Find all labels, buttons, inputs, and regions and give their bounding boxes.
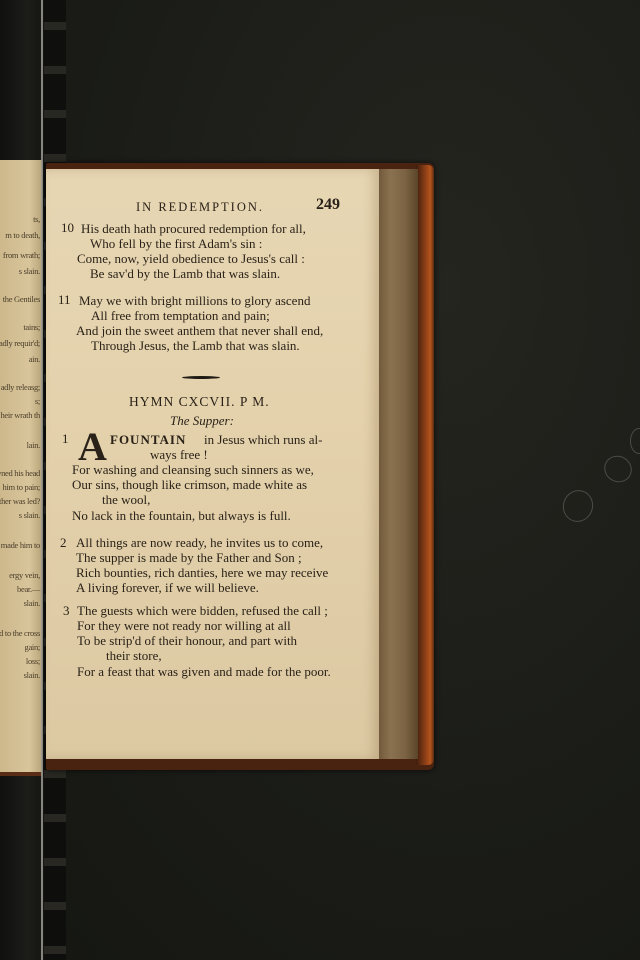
verse-line: All things are now ready, he invites us … (76, 535, 323, 550)
left-fragment-line: from wrath; (3, 250, 40, 260)
left-fragment-line: eadly requir'd; (0, 338, 40, 348)
verse-number: 1 (62, 431, 69, 447)
verse-line: His death hath procured redemption for a… (81, 221, 306, 236)
left-fragment-line: s; (35, 396, 40, 406)
verse-line: A living forever, if we will believe. (76, 580, 259, 595)
verse-line: And join the sweet anthem that never sha… (76, 323, 323, 338)
background-ring (558, 486, 597, 526)
verse-line: ways free ! (150, 447, 208, 462)
verse-line: For washing and cleansing such sinners a… (72, 462, 314, 477)
page-number: 249 (316, 196, 340, 214)
running-head: IN REDEMPTION. (136, 200, 264, 215)
verse-number: 11 (58, 292, 71, 308)
verse-line: To be strip'd of their honour, and part … (77, 633, 297, 648)
verse-line: No lack in the fountain, but always is f… (72, 508, 291, 523)
book-cover-edge (416, 165, 434, 765)
verse-line: For a feast that was given and made for … (77, 664, 331, 679)
verse-line: All free from temptation and pain; (91, 308, 270, 323)
left-fragment-line: ain. (29, 354, 40, 364)
page-fore-edge (376, 169, 418, 759)
left-fragment-line: ts, (33, 214, 40, 224)
verse-line: For they were not ready nor willing at a… (77, 618, 291, 633)
left-fragment-line: loss; (26, 656, 40, 666)
verse-line: Rich bounties, rich danties, here we may… (76, 565, 328, 580)
left-fragment-line: lain. (27, 440, 40, 450)
verse-line: their store, (106, 648, 162, 663)
left-fragment-line: tains; (23, 322, 40, 332)
left-fragment-line: slain. (24, 598, 40, 608)
left-fragment-line: gain; (25, 642, 41, 652)
book: IN REDEMPTION. 249 10 His death hath pro… (46, 163, 434, 770)
left-fragment-line: ergy vein, (9, 570, 40, 580)
verse-line: Come, now, yield obedience to Jesus's ca… (77, 251, 305, 266)
verse-number: 2 (60, 535, 67, 551)
verse-line: in Jesus which runs al- (204, 432, 322, 447)
left-fragment-line: adly releasg; (1, 382, 40, 392)
left-page-fragment: ts, m to death, from wrath; s slain. the… (0, 160, 42, 776)
left-fragment-line: him to pain; (3, 482, 40, 492)
drop-cap: A (78, 429, 107, 465)
left-fragment-line: heir wrath th (0, 410, 40, 420)
left-fragment-line: l'd to the cross (0, 628, 40, 638)
verse-line: The supper is made by the Father and Son… (76, 550, 302, 565)
background-ring (599, 451, 636, 488)
left-fragment-line: m to death, (5, 230, 40, 240)
section-divider (182, 376, 220, 379)
left-fragment-line: s slain. (19, 266, 40, 276)
hymn-subtitle: The Supper: (170, 413, 234, 429)
verse-line: Our sins, though like crimson, made whit… (72, 477, 307, 492)
verse-line: The guests which were bidden, refused th… (77, 603, 328, 618)
left-fragment-line: the Gentiles (3, 294, 40, 304)
verse-line: Who fell by the first Adam's sin : (90, 236, 262, 251)
verse-line: the wool, (102, 492, 150, 507)
left-fragment-line: ther was led? (0, 496, 40, 506)
scanner-glass-line (41, 0, 43, 960)
verse-number: 10 (61, 220, 74, 236)
verse-line: May we with bright millions to glory asc… (79, 293, 310, 308)
first-word: FOUNTAIN (110, 432, 186, 447)
background-ring (630, 428, 640, 454)
left-fragment-line: s slain. (19, 510, 40, 520)
verse-line: Be sav'd by the Lamb that was slain. (90, 266, 280, 281)
left-fragment-line: slain. (24, 670, 40, 680)
left-fragment-line: made him to (1, 540, 40, 550)
verse-number: 3 (63, 603, 70, 619)
left-fragment-line: wned his head (0, 468, 40, 478)
left-fragment-line: bear.— (17, 584, 40, 594)
verse-line: Through Jesus, the Lamb that was slain. (91, 338, 300, 353)
hymn-title: HYMN CXCVII. P M. (129, 394, 270, 410)
hymnal-page: IN REDEMPTION. 249 10 His death hath pro… (46, 169, 379, 759)
